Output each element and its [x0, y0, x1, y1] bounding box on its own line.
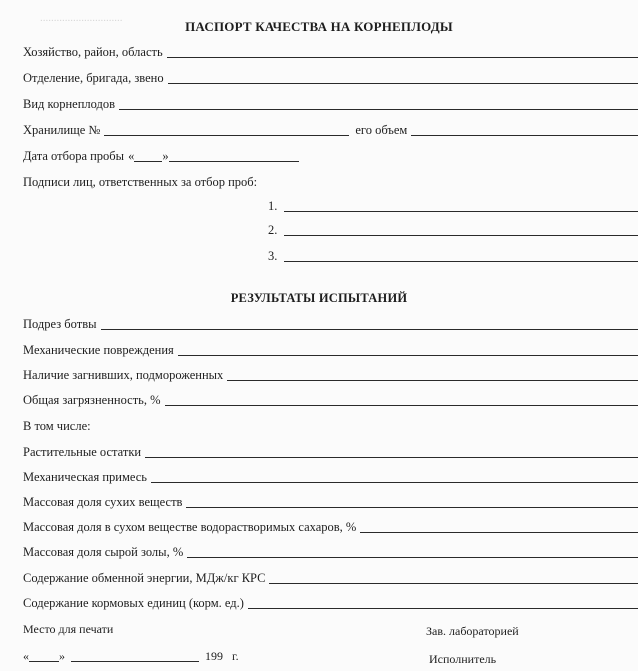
- year-text: 199 г.: [199, 649, 239, 664]
- storage-label: Хранилище №: [23, 123, 104, 138]
- field-label: Массовая доля сырой золы, %: [23, 545, 187, 560]
- stamp-place-label: Место для печати: [23, 622, 113, 637]
- field-top-cut[interactable]: Подрез ботвы: [23, 316, 638, 332]
- field-farm[interactable]: Хозяйство, район, область: [23, 44, 638, 60]
- signature-3[interactable]: 3.: [268, 248, 638, 264]
- footer-month-line[interactable]: [71, 649, 199, 662]
- footer-day-line[interactable]: [29, 649, 59, 662]
- field-crude-ash[interactable]: Массовая доля сырой золы, %: [23, 544, 638, 560]
- signature-number: 3.: [268, 249, 284, 264]
- field-input-line[interactable]: [151, 470, 638, 483]
- field-label: Растительные остатки: [23, 445, 145, 460]
- field-storage[interactable]: Хранилище № его объем: [23, 122, 638, 138]
- field-sample-date[interactable]: Дата отбора пробы « »: [23, 148, 299, 164]
- field-input-line[interactable]: [227, 368, 638, 381]
- document-title: ПАСПОРТ КАЧЕСТВА НА КОРНЕПЛОДЫ: [0, 19, 638, 35]
- field-label: Наличие загнивших, подмороженных: [23, 368, 227, 383]
- field-rotten-frozen[interactable]: Наличие загнивших, подмороженных: [23, 367, 638, 383]
- field-dry-matter[interactable]: Массовая доля сухих веществ: [23, 494, 638, 510]
- field-label: Массовая доля сухих веществ: [23, 495, 186, 510]
- field-label: Содержание обменной энергии, МДж/кг КРС: [23, 571, 269, 586]
- signature-1[interactable]: 1.: [268, 198, 638, 214]
- field-input-line[interactable]: [248, 596, 638, 609]
- field-department[interactable]: Отделение, бригада, звено: [23, 70, 638, 86]
- volume-label: его объем: [349, 123, 411, 138]
- signature-line[interactable]: [284, 199, 638, 212]
- signature-number: 1.: [268, 199, 284, 214]
- field-label: Подрез ботвы: [23, 317, 101, 332]
- field-input-line[interactable]: [178, 343, 638, 356]
- field-label: Содержание кормовых единиц (корм. ед.): [23, 596, 248, 611]
- field-input-line[interactable]: [168, 71, 638, 84]
- field-label: Отделение, бригада, звено: [23, 71, 168, 86]
- executor-label: Исполнитель: [429, 652, 496, 667]
- quote-close: »: [59, 649, 71, 664]
- signatures-label: Подписи лиц, ответственных за отбор проб…: [23, 175, 257, 190]
- footer-date[interactable]: « » 199 г.: [23, 648, 239, 664]
- field-label: Механические повреждения: [23, 343, 178, 358]
- results-title: РЕЗУЛЬТАТЫ ИСПЫТАНИЙ: [0, 291, 638, 306]
- field-metabolic-energy[interactable]: Содержание обменной энергии, МДж/кг КРС: [23, 570, 638, 586]
- lab-head-label: Зав. лабораторией: [426, 624, 519, 639]
- sample-month-line[interactable]: [169, 149, 299, 162]
- field-soluble-sugars[interactable]: Массовая доля в сухом веществе водораств…: [23, 519, 638, 535]
- including-label: В том числе:: [23, 419, 91, 434]
- field-input-line[interactable]: [101, 317, 638, 330]
- sample-day-line[interactable]: [134, 149, 162, 162]
- field-label: Массовая доля в сухом веществе водораств…: [23, 520, 360, 535]
- field-feed-units[interactable]: Содержание кормовых единиц (корм. ед.): [23, 595, 638, 611]
- sample-date-label: Дата отбора пробы: [23, 149, 128, 164]
- field-input-line[interactable]: [186, 495, 638, 508]
- field-plant-residues[interactable]: Растительные остатки: [23, 444, 638, 460]
- field-input-line[interactable]: [269, 571, 638, 584]
- signature-line[interactable]: [284, 249, 638, 262]
- storage-number-line[interactable]: [104, 123, 349, 136]
- field-mechanical-impurity[interactable]: Механическая примесь: [23, 469, 638, 485]
- signature-line[interactable]: [284, 223, 638, 236]
- field-input-line[interactable]: [165, 393, 638, 406]
- signature-number: 2.: [268, 223, 284, 238]
- field-input-line[interactable]: [145, 445, 638, 458]
- signature-2[interactable]: 2.: [268, 222, 638, 238]
- field-root-crop-type[interactable]: Вид корнеплодов: [23, 96, 638, 112]
- field-input-line[interactable]: [119, 97, 638, 110]
- field-label: Вид корнеплодов: [23, 97, 119, 112]
- volume-input-line[interactable]: [411, 123, 638, 136]
- field-label: Хозяйство, район, область: [23, 45, 167, 60]
- field-total-contamination[interactable]: Общая загрязненность, %: [23, 392, 638, 408]
- field-input-line[interactable]: [167, 45, 638, 58]
- field-label: Общая загрязненность, %: [23, 393, 165, 408]
- field-input-line[interactable]: [360, 520, 638, 533]
- field-label: Механическая примесь: [23, 470, 151, 485]
- field-mechanical-damage[interactable]: Механические повреждения: [23, 342, 638, 358]
- field-input-line[interactable]: [187, 545, 638, 558]
